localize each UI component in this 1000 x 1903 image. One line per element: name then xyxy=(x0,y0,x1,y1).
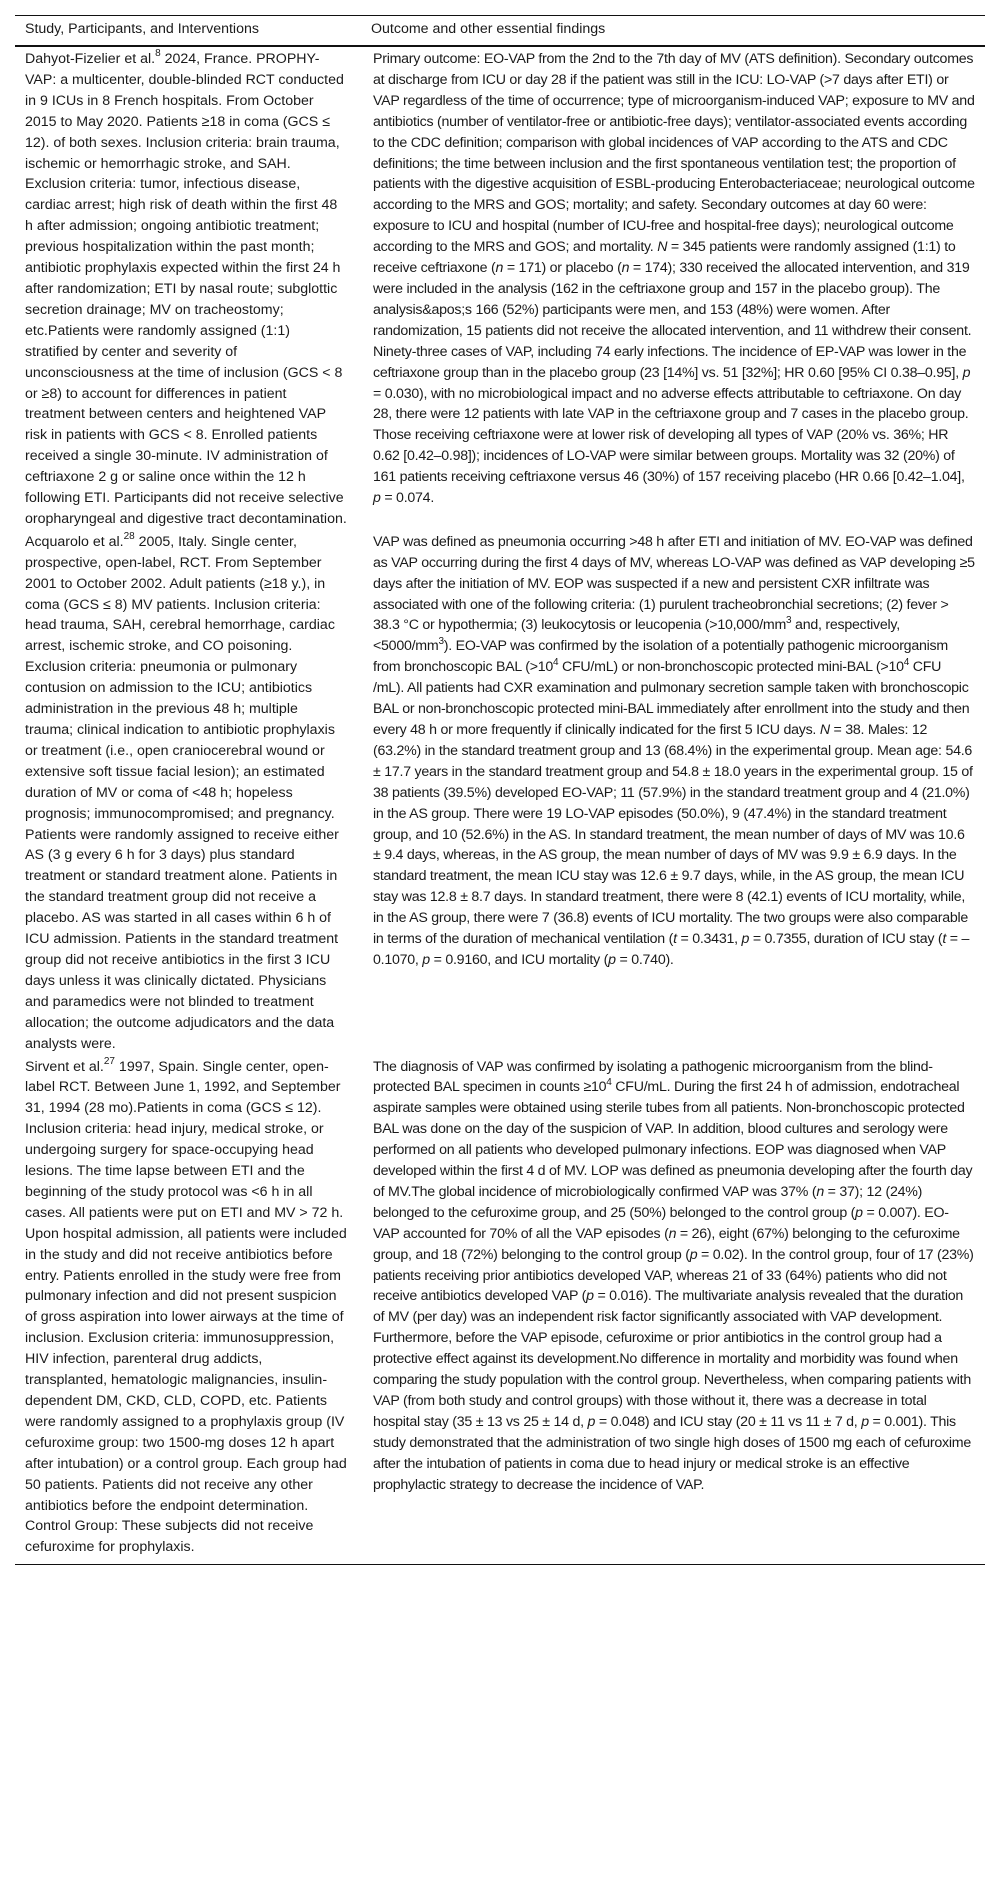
stat-label: p xyxy=(422,952,430,968)
study-cell: Sirvent et al.27 1997, Spain. Single cen… xyxy=(15,1055,361,1565)
reference-number: 28 xyxy=(124,531,135,542)
stat-label: n xyxy=(496,260,504,276)
superscript: 4 xyxy=(606,1077,611,1088)
stat-label: p xyxy=(608,952,616,968)
table-row-acquarolo: Acquarolo et al.28 2005, Italy. Single c… xyxy=(15,530,985,1055)
superscript: 3 xyxy=(786,615,791,626)
study-author: Dahyot-Fizelier et al. xyxy=(25,51,155,67)
stat-label: p xyxy=(373,490,381,506)
superscript: 4 xyxy=(553,657,558,668)
superscript: 4 xyxy=(904,657,909,668)
stat-label: N xyxy=(657,239,667,255)
outcome-text: = 174); 330 received the allocated inter… xyxy=(373,260,971,381)
outcome-text: = 0.9160, and ICU mortality ( xyxy=(430,952,608,968)
study-author: Sirvent et al. xyxy=(25,1059,104,1075)
outcome-text: = 0.3431, xyxy=(677,931,742,947)
reference-number: 27 xyxy=(104,1056,115,1067)
outcome-text: = 0.048) and ICU stay (20 ± 11 vs 11 ± 7… xyxy=(595,1414,861,1430)
outcome-cell: Primary outcome: EO-VAP from the 2nd to … xyxy=(361,46,985,530)
study-cell: Acquarolo et al.28 2005, Italy. Single c… xyxy=(15,530,361,1055)
stat-label: p xyxy=(861,1414,869,1430)
superscript: 3 xyxy=(438,636,443,647)
study-author: Acquarolo et al. xyxy=(25,534,124,550)
stat-label: p xyxy=(586,1288,594,1304)
studies-table: Study, Participants, and Interventions O… xyxy=(15,15,985,1565)
header-study-participants-interventions: Study, Participants, and Interventions xyxy=(15,16,361,47)
study-description: 2005, Italy. Single center, prospective,… xyxy=(25,534,339,1052)
outcome-text: = 0.740). xyxy=(616,952,674,968)
outcome-text: CFU/mL. During the first 24 h of admissi… xyxy=(373,1079,972,1200)
study-cell: Dahyot-Fizelier et al.8 2024, France. PR… xyxy=(15,46,361,530)
reference-number: 8 xyxy=(155,48,161,59)
outcome-text: = 38. Males: 12 (63.2%) in the standard … xyxy=(373,722,973,947)
outcome-text: = 171) or placebo ( xyxy=(503,260,621,276)
studies-table-container: Study, Participants, and Interventions O… xyxy=(15,15,985,1565)
header-outcome-findings: Outcome and other essential findings xyxy=(361,16,985,47)
outcome-text: Primary outcome: EO-VAP from the 2nd to … xyxy=(373,51,975,255)
stat-label: p xyxy=(963,365,971,381)
outcome-text: = 0.016). The multivariate analysis reve… xyxy=(373,1288,971,1429)
outcome-cell: The diagnosis of VAP was confirmed by is… xyxy=(361,1055,985,1565)
stat-label: p xyxy=(741,931,749,947)
study-description: 2024, France. PROPHY-VAP: a multicenter,… xyxy=(25,51,347,527)
stat-label: p xyxy=(855,1205,863,1221)
outcome-cell: VAP was defined as pneumonia occurring >… xyxy=(361,530,985,1055)
outcome-text: CFU/mL) or non-bronchoscopic protected m… xyxy=(558,659,903,675)
stat-label: n xyxy=(816,1184,824,1200)
table-row-dahyot-fizelier: Dahyot-Fizelier et al.8 2024, France. PR… xyxy=(15,46,985,530)
stat-label: N xyxy=(820,722,830,738)
outcome-text: = 0.030), with no microbiological impact… xyxy=(373,386,968,486)
table-row-sirvent: Sirvent et al.27 1997, Spain. Single cen… xyxy=(15,1055,985,1565)
outcome-text: = 0.7355, duration of ICU stay ( xyxy=(749,931,942,947)
table-header-row: Study, Participants, and Interventions O… xyxy=(15,16,985,47)
study-description: 1997, Spain. Single center, open-label R… xyxy=(25,1059,347,1556)
outcome-text: = 0.074. xyxy=(381,490,434,506)
